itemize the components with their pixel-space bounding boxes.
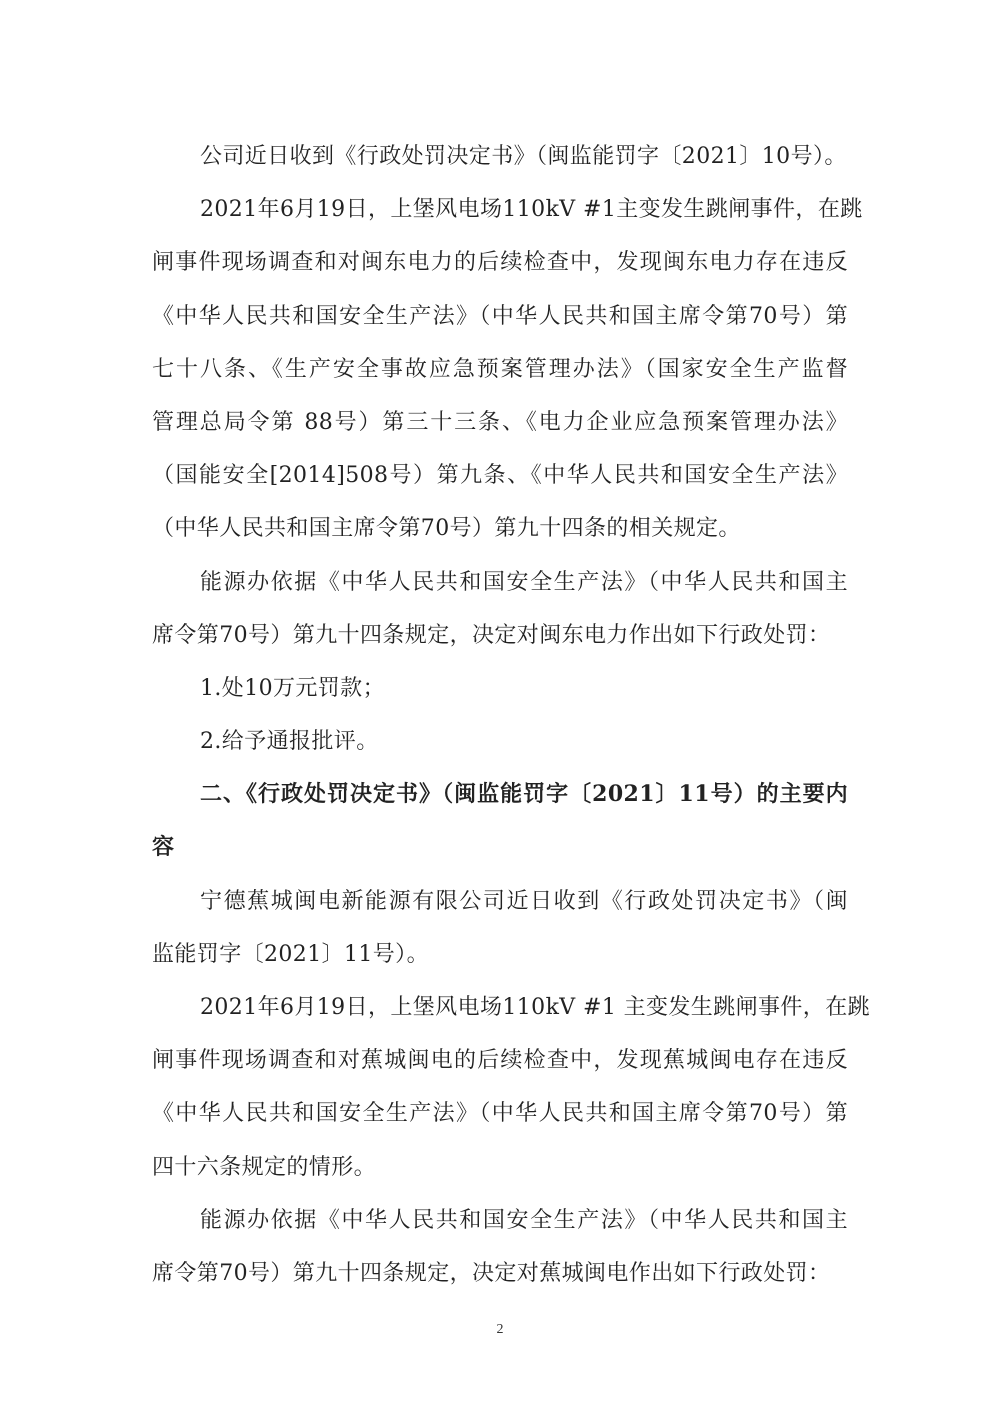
penalty-item-criticism: 2.给予通报批评。 xyxy=(152,715,852,768)
paragraph-incident-jiaocheng-line-1: 2021年6月19日，上堡风电场110kV #1 主变发生跳闸事件，在跳 xyxy=(152,981,848,1034)
paragraph-decision-mindong-line-2: 席令第70号）第九十四条规定，决定对闽东电力作出如下行政处罚： xyxy=(152,609,852,662)
paragraph-incident-mindong-line-5: 管理总局令第 88号）第三十三条、《电力企业应急预案管理办法》 xyxy=(152,396,848,449)
paragraph-decision-jiaocheng-line-2: 席令第70号）第九十四条规定，决定对蕉城闽电作出如下行政处罚： xyxy=(152,1247,852,1300)
paragraph-penalty-notice-11-line-1: 宁德蕉城闽电新能源有限公司近日收到《行政处罚决定书》（闽 xyxy=(152,875,848,928)
paragraph-incident-mindong-line-6: （国能安全[2014]508号）第九条、《中华人民共和国安全生产法》 xyxy=(152,449,848,502)
section-heading-2-line-1: 二、《行政处罚决定书》（闽监能罚字〔2021〕11号）的主要内 xyxy=(152,768,848,821)
document-page: 公司近日收到《行政处罚决定书》（闽监能罚字〔2021〕10号）。 2021年6月… xyxy=(0,0,1000,1413)
paragraph-incident-mindong-line-3: 《中华人民共和国安全生产法》（中华人民共和国主席令第70号）第 xyxy=(152,290,848,343)
paragraph-incident-jiaocheng-line-2: 闸事件现场调查和对蕉城闽电的后续检查中，发现蕉城闽电存在违反 xyxy=(152,1034,848,1087)
paragraph-incident-mindong-line-2: 闸事件现场调查和对闽东电力的后续检查中，发现闽东电力存在违反 xyxy=(152,236,848,289)
paragraph-incident-jiaocheng-line-3: 《中华人民共和国安全生产法》（中华人民共和国主席令第70号）第 xyxy=(152,1087,848,1140)
paragraph-incident-mindong-line-4: 七十八条、《生产安全事故应急预案管理办法》（国家安全生产监督 xyxy=(152,343,848,396)
document-body: 公司近日收到《行政处罚决定书》（闽监能罚字〔2021〕10号）。 2021年6月… xyxy=(152,130,852,1300)
paragraph-decision-mindong-line-1: 能源办依据《中华人民共和国安全生产法》（中华人民共和国主 xyxy=(152,556,848,609)
paragraph-incident-mindong-line-7: （中华人民共和国主席令第70号）第九十四条的相关规定。 xyxy=(152,502,852,555)
page-number: 2 xyxy=(0,1322,1000,1338)
paragraph-penalty-notice-10-line-1: 公司近日收到《行政处罚决定书》（闽监能罚字〔2021〕10号）。 xyxy=(152,130,852,183)
paragraph-decision-jiaocheng-line-1: 能源办依据《中华人民共和国安全生产法》（中华人民共和国主 xyxy=(152,1194,848,1247)
paragraph-penalty-notice-11-line-2: 监能罚字〔2021〕11号）。 xyxy=(152,928,852,981)
paragraph-incident-mindong-line-1: 2021年6月19日，上堡风电场110kV #1主变发生跳闸事件，在跳 xyxy=(152,183,848,236)
section-heading-2-line-2: 容 xyxy=(152,821,852,874)
penalty-item-fine: 1.处10万元罚款； xyxy=(152,662,852,715)
paragraph-incident-jiaocheng-line-4: 四十六条规定的情形。 xyxy=(152,1141,852,1194)
